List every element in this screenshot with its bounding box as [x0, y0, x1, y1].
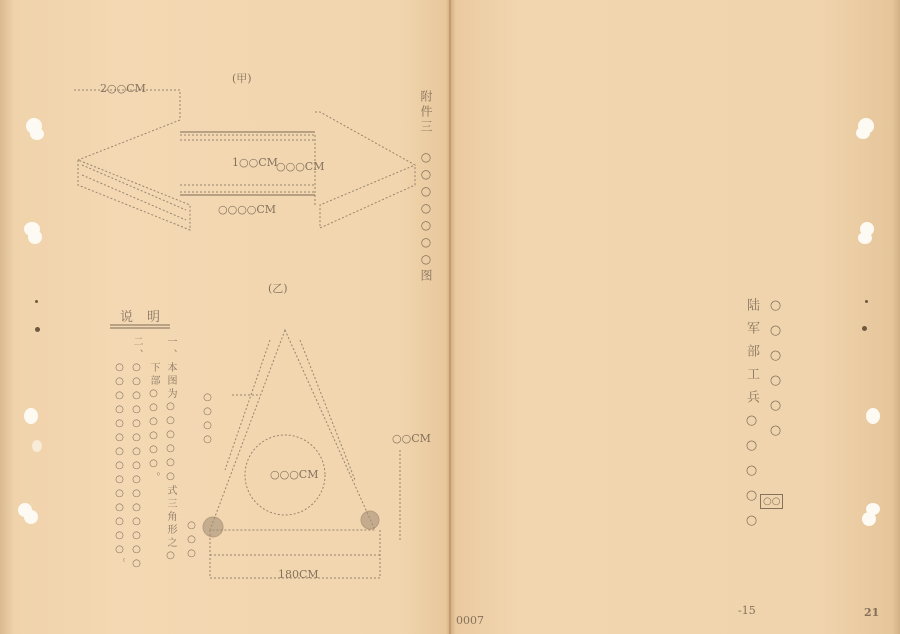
dimension-label: ○○○CM [276, 160, 324, 173]
dimension-label: ○○CM [392, 432, 431, 445]
note-line: ○○○○○○○○○○○○○○。 [112, 336, 127, 596]
figure-note: ○○○ [186, 520, 197, 562]
figure-a-label: (甲) [232, 70, 252, 86]
seal-stamp: ○○ [760, 494, 783, 509]
page-mark: -15 [738, 604, 756, 617]
page-number: 21 [864, 606, 879, 619]
notes-heading: 说明 [120, 306, 174, 325]
note-line: 下部○○○○○○。 [146, 336, 161, 596]
note-line: 二、○○○○○○○○○○○○○○○ [129, 336, 144, 596]
dimension-label: 1○○CM [232, 156, 278, 169]
side-caption: 附件三 ○○○○○○○图 [418, 90, 435, 284]
note-line: 一、本图为○○○○○○式三角形之○ [163, 336, 178, 596]
signature-line: ○○○○○○ [768, 298, 783, 448]
dimension-label: ○○○CM [270, 468, 318, 481]
signature-line: 陆军部工兵○○○○○ [742, 298, 761, 538]
notes-block: 一、本图为○○○○○○式三角形之○ 下部○○○○○○。 二、○○○○○○○○○○… [112, 336, 178, 596]
footer-number: 0007 [456, 614, 484, 627]
figure-note: ○○○○ [202, 392, 213, 448]
dimension-label: ○○○○CM [218, 203, 276, 216]
document-spread: (甲) (乙) 2○○CM 1○○CM ○○○CM ○○○○CM ○○○CM 1… [0, 0, 900, 634]
figure-b-label: (乙) [268, 280, 288, 296]
dimension-label: 2○○CM [100, 82, 146, 95]
dimension-label: 180CM [278, 568, 319, 581]
